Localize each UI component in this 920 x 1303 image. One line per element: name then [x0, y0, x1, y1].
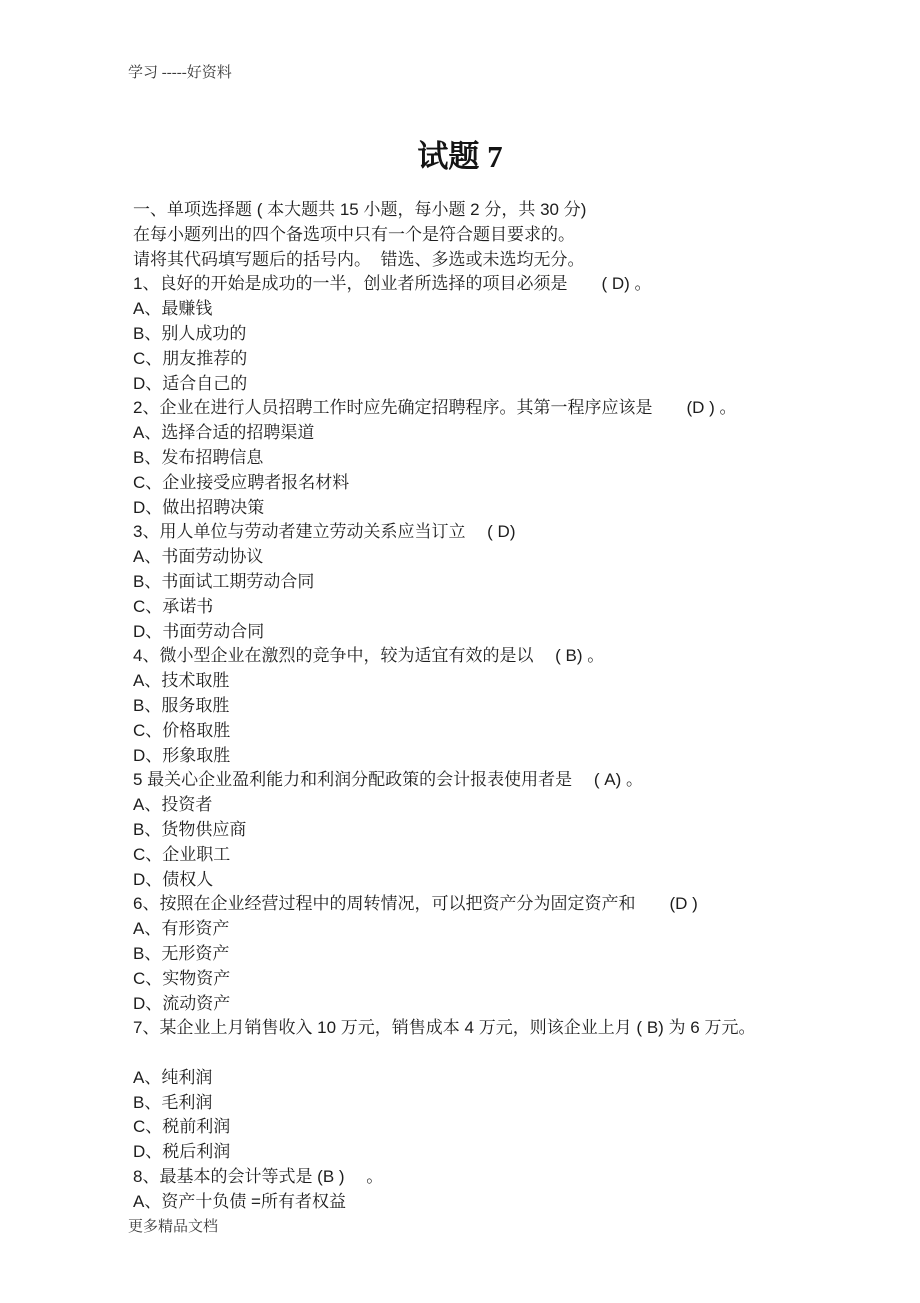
- option-line: A、最赚钱: [133, 297, 853, 322]
- option-line: D、书面劳动合同: [133, 620, 853, 645]
- option-line: B、无形资产: [133, 942, 853, 967]
- question-stem: 6、按照在企业经营过程中的周转情况，可以把资产分为固定资产和 (D ): [133, 892, 853, 917]
- option-line: C、企业职工: [133, 843, 853, 868]
- section-heading: 一、单项选择题 ( 本大题共 15 小题，每小题 2 分，共 30 分): [133, 198, 853, 223]
- option-line: A、资产十负债 =所有者权益: [133, 1190, 853, 1215]
- option-line: B、毛利润: [133, 1091, 853, 1116]
- page-title: 试题 7: [0, 131, 920, 176]
- option-line: A、投资者: [133, 793, 853, 818]
- option-line: A、技术取胜: [133, 669, 853, 694]
- blank-line: [133, 1041, 853, 1066]
- option-line: D、债权人: [133, 868, 853, 893]
- option-line: A、书面劳动协议: [133, 545, 853, 570]
- option-line: B、别人成功的: [133, 322, 853, 347]
- option-line: C、企业接受应聘者报名材料: [133, 471, 853, 496]
- option-line: B、货物供应商: [133, 818, 853, 843]
- option-line: B、发布招聘信息: [133, 446, 853, 471]
- instructions-block: 在每小题列出的四个备选项中只有一个是符合题目要求的。请将其代码填写题后的括号内。…: [133, 223, 853, 273]
- option-line: A、选择合适的招聘渠道: [133, 421, 853, 446]
- document-page: 学习 -----好资料 试题 7 一、单项选择题 ( 本大题共 15 小题，每小…: [0, 0, 920, 1303]
- option-line: A、有形资产: [133, 917, 853, 942]
- question-stem: 2、企业在进行人员招聘工作时应先确定招聘程序。其第一程序应该是 (D ) 。: [133, 396, 853, 421]
- footer-watermark: 更多精品文档: [128, 1215, 218, 1236]
- option-line: C、价格取胜: [133, 719, 853, 744]
- option-line: D、流动资产: [133, 992, 853, 1017]
- instruction-line: 在每小题列出的四个备选项中只有一个是符合题目要求的。: [133, 223, 853, 248]
- option-line: C、实物资产: [133, 967, 853, 992]
- instruction-line: 请将其代码填写题后的括号内。 错选、多选或未选均无分。: [133, 248, 853, 273]
- question-stem: 7、某企业上月销售收入 10 万元，销售成本 4 万元，则该企业上月 ( B) …: [133, 1016, 853, 1041]
- option-line: D、税后利润: [133, 1140, 853, 1165]
- option-line: C、税前利润: [133, 1115, 853, 1140]
- option-line: D、形象取胜: [133, 744, 853, 769]
- option-line: B、服务取胜: [133, 694, 853, 719]
- header-watermark: 学习 -----好资料: [128, 61, 232, 82]
- option-line: A、纯利润: [133, 1066, 853, 1091]
- option-line: D、适合自己的: [133, 372, 853, 397]
- question-stem: 3、用人单位与劳动者建立劳动关系应当订立 ( D): [133, 520, 853, 545]
- question-stem: 1、良好的开始是成功的一半，创业者所选择的项目必须是 ( D) 。: [133, 272, 853, 297]
- question-stem: 8、最基本的会计等式是 (B ) 。: [133, 1165, 853, 1190]
- option-line: D、做出招聘决策: [133, 496, 853, 521]
- option-line: C、朋友推荐的: [133, 347, 853, 372]
- questions-block: 1、良好的开始是成功的一半，创业者所选择的项目必须是 ( D) 。A、最赚钱B、…: [133, 272, 853, 1214]
- option-line: B、书面试工期劳动合同: [133, 570, 853, 595]
- quiz-content: 一、单项选择题 ( 本大题共 15 小题，每小题 2 分，共 30 分) 在每小…: [133, 198, 853, 1215]
- question-stem: 5 最关心企业盈利能力和利润分配政策的会计报表使用者是 ( A) 。: [133, 768, 853, 793]
- option-line: C、承诺书: [133, 595, 853, 620]
- question-stem: 4、微小型企业在激烈的竞争中，较为适宜有效的是以 ( B) 。: [133, 644, 853, 669]
